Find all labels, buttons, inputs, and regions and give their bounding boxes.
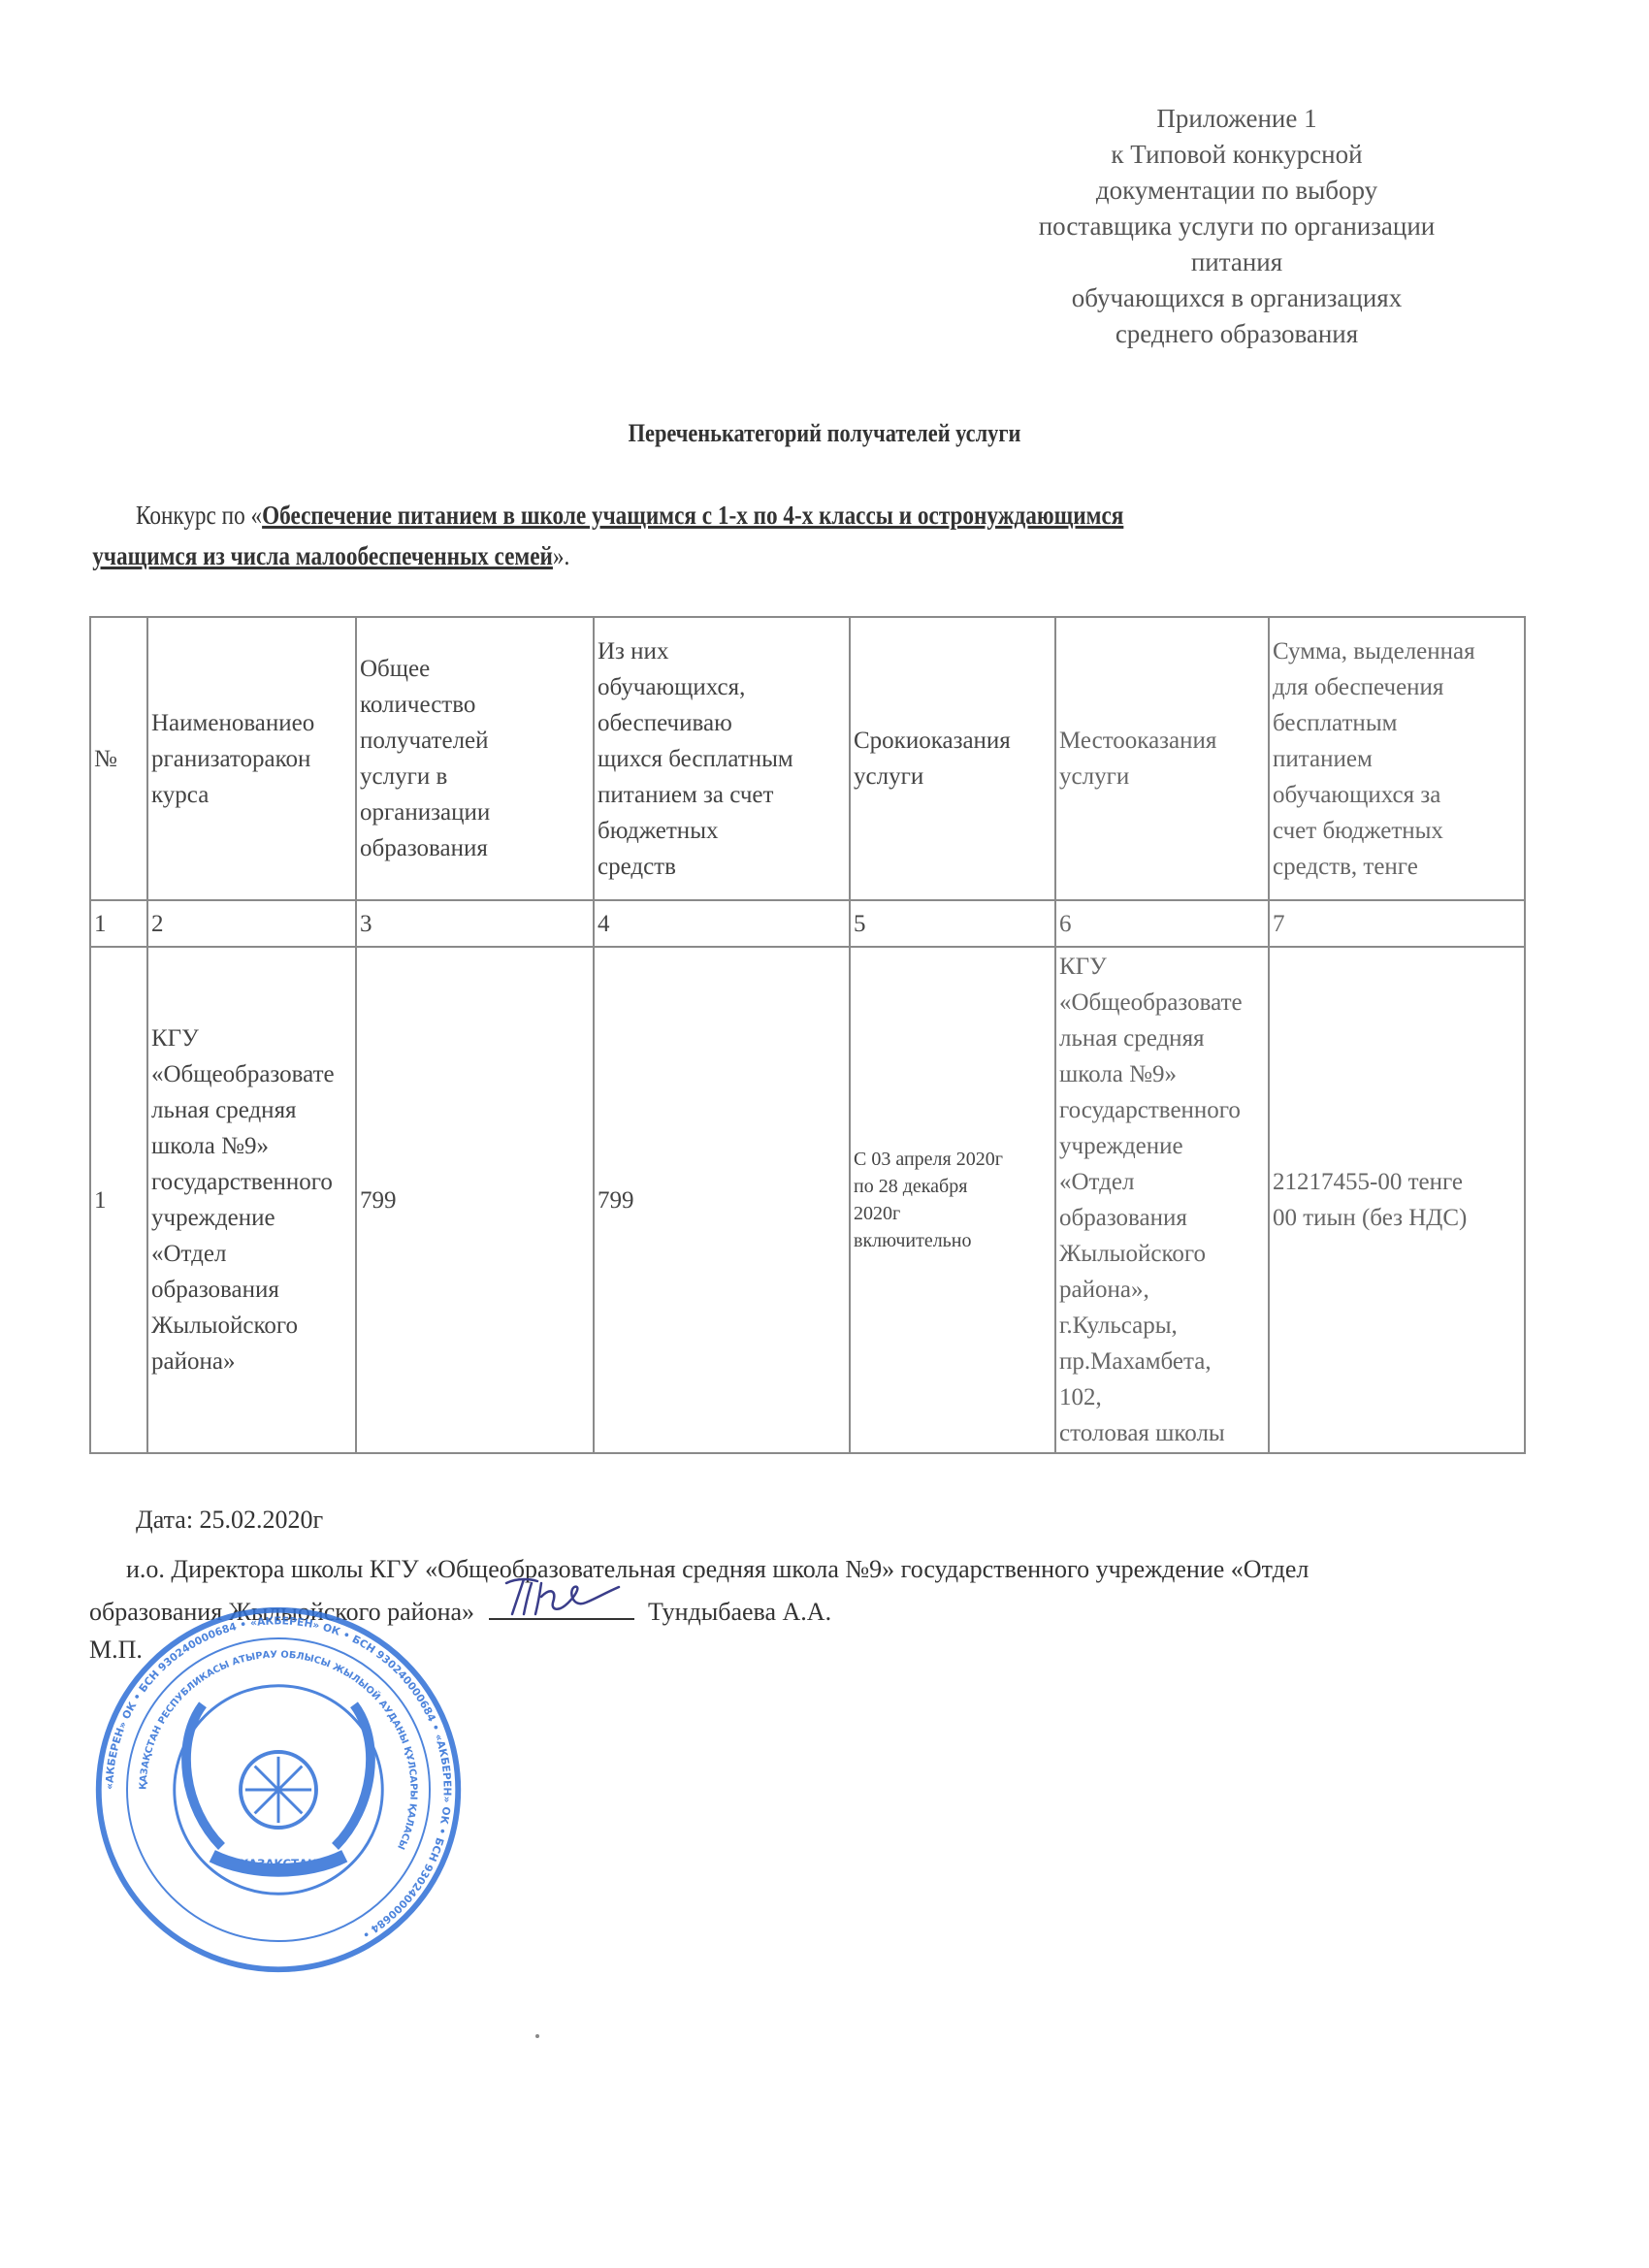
column-number: 5 xyxy=(850,900,1055,947)
header-cell-number: № xyxy=(90,617,147,900)
document-date: Дата: 25.02.2020г xyxy=(136,1506,323,1535)
column-number: 6 xyxy=(1055,900,1269,947)
contest-topic-line1: Обеспечение питанием в школе учащимся с … xyxy=(262,501,1123,530)
svg-text:ҚАЗАҚСТАН: ҚАЗАҚСТАН xyxy=(240,1857,317,1870)
appendix-line: к Типовой конкурсной xyxy=(970,137,1503,173)
row-place: КГУ«Общеобразовательная средняяшкола №9»… xyxy=(1055,947,1269,1453)
row-period: С 03 апреля 2020гпо 28 декабря2020гвключ… xyxy=(850,947,1055,1453)
row-organizer: КГУ«Общеобразовательная средняяшкола №9»… xyxy=(147,947,356,1453)
contest-prefix: Конкурс по « xyxy=(136,501,262,530)
header-cell-total-recipients: Общееколичествополучателейуслуги воргани… xyxy=(356,617,594,900)
appendix-line: обучающихся в организациях xyxy=(970,280,1503,316)
column-number: 7 xyxy=(1269,900,1525,947)
handwritten-signature-icon xyxy=(499,1573,625,1616)
appendix-line: Приложение 1 xyxy=(970,101,1503,137)
stamp-label: М.П. xyxy=(89,1636,143,1665)
column-number-row: 1 2 3 4 5 6 7 xyxy=(90,900,1525,947)
header-cell-period: Срокиоказанияуслуги xyxy=(850,617,1055,900)
appendix-header: Приложение 1 к Типовой конкурсной докуме… xyxy=(970,101,1503,352)
header-cell-amount: Сумма, выделеннаядля обеспечениябесплатн… xyxy=(1269,617,1525,900)
row-amount: 21217455-00 тенге00 тиын (без НДС) xyxy=(1269,947,1525,1453)
contest-topic-line2: учащимся из числа малообеспеченных семей xyxy=(92,541,553,570)
table-header-row: № Наименованиеорганизатораконкурса Общее… xyxy=(90,617,1525,900)
contest-suffix: ». xyxy=(553,541,569,570)
header-cell-place: Местооказанияуслуги xyxy=(1055,617,1269,900)
header-cell-free-meal-recipients: Из нихобучающихся,обеспечивающихся беспл… xyxy=(594,617,850,900)
scan-dot xyxy=(535,2034,539,2038)
official-seal-icon: «АКБЕРЕН» ОК • БСН 930240000684 • «АКБЕР… xyxy=(89,1601,468,1979)
recipients-table: № Наименованиеорганизатораконкурса Общее… xyxy=(89,616,1526,1454)
column-number: 2 xyxy=(147,900,356,947)
row-free-meal-recipients: 799 xyxy=(594,947,850,1453)
header-cell-organizer: Наименованиеорганизатораконкурса xyxy=(147,617,356,900)
signer-title: и.о. Директора школы КГУ «Общеобразовате… xyxy=(89,1548,1525,1591)
signature-line xyxy=(489,1591,634,1620)
contest-description: Конкурс по «Обеспечение питанием в школе… xyxy=(136,495,1512,576)
row-total-recipients: 799 xyxy=(356,947,594,1453)
document-title: Переченькатегорий получателей услуги xyxy=(115,419,1534,448)
signer-name: Тундыбаева А.А. xyxy=(648,1598,831,1626)
column-number: 1 xyxy=(90,900,147,947)
appendix-line: поставщика услуги по организации xyxy=(970,209,1503,244)
table-row: 1 КГУ«Общеобразовательная средняяшкола №… xyxy=(90,947,1525,1453)
row-number: 1 xyxy=(90,947,147,1453)
appendix-line: документации по выбору xyxy=(970,173,1503,209)
appendix-line: питания xyxy=(970,244,1503,280)
column-number: 4 xyxy=(594,900,850,947)
column-number: 3 xyxy=(356,900,594,947)
appendix-line: среднего образования xyxy=(970,316,1503,352)
